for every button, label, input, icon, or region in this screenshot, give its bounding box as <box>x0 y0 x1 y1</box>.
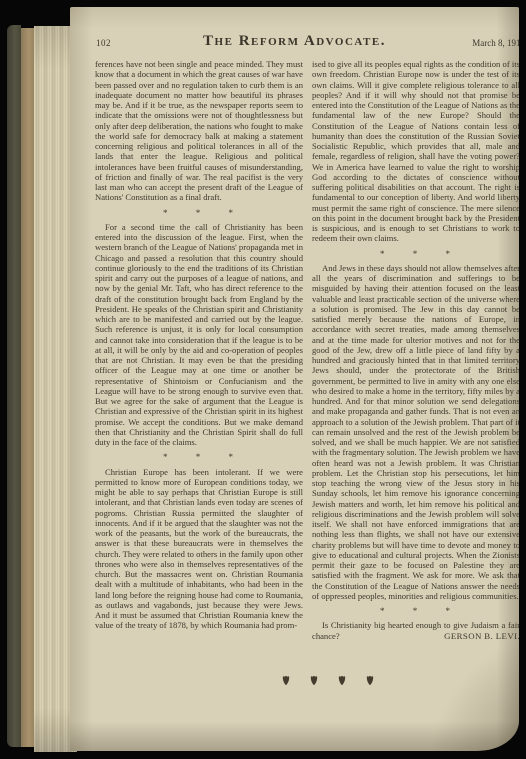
flyleaf-page-edge <box>21 28 34 747</box>
paragraph: ferences have not been single and peace … <box>95 59 303 203</box>
paragraph: And Jews in these days should not allow … <box>312 263 519 601</box>
asterisk-separator: * * * <box>312 249 519 259</box>
closing-question: Is Christianity big hearted enough to gi… <box>312 620 519 641</box>
fleuron-icon <box>310 675 318 686</box>
page-header: 102 The Reform Advocate. March 8, 1919 <box>70 33 519 55</box>
fleuron-icon <box>282 675 290 686</box>
masthead-title: The Reform Advocate. <box>70 33 519 50</box>
right-column: ised to give all its peoples equal right… <box>312 59 519 641</box>
magazine-page: 102 The Reform Advocate. March 8, 1919 f… <box>70 7 519 751</box>
issue-date: March 8, 1919 <box>472 38 519 48</box>
left-column: ferences have not been single and peace … <box>95 59 303 641</box>
scanned-book-photo: 102 The Reform Advocate. March 8, 1919 f… <box>0 0 526 759</box>
fleuron-icon <box>366 675 374 686</box>
asterisk-separator: * * * <box>95 208 303 218</box>
ornament-row <box>282 675 374 686</box>
text-columns: ferences have not been single and peace … <box>95 59 519 641</box>
fleuron-icon <box>338 675 346 686</box>
paragraph: For a second time the call of Christiani… <box>95 222 303 448</box>
asterisk-separator: * * * <box>95 452 303 462</box>
paragraph: Christian Europe has been intolerant. If… <box>95 467 303 631</box>
asterisk-separator: * * * <box>312 606 519 616</box>
paragraph: ised to give all its peoples equal right… <box>312 59 519 244</box>
author-signature: GERSON B. LEVI. <box>434 631 519 641</box>
book-cover-edge <box>7 25 21 747</box>
